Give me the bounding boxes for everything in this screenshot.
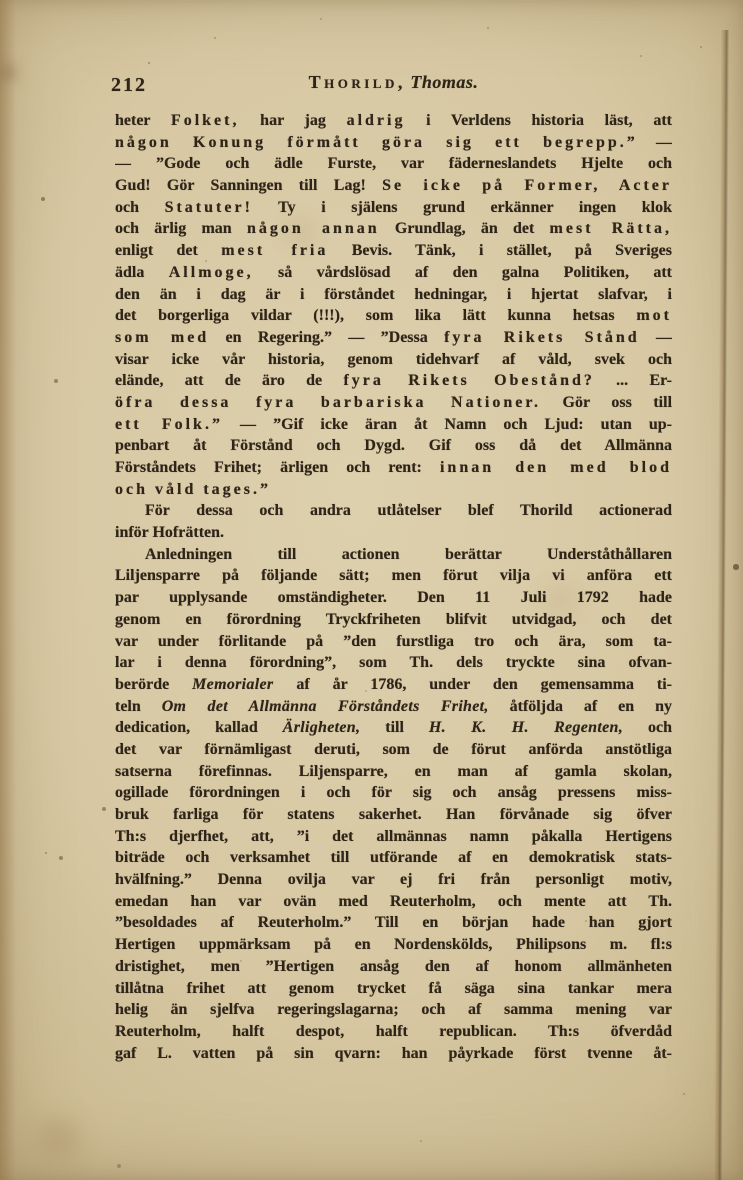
text-line: ogillade förordningen i och för sig och … — [115, 782, 672, 804]
text-line: den än i dag är i förståndet hedningar, … — [115, 284, 672, 306]
text-segment: Th:s djerfhet, att, ”i det allmännas nam… — [115, 828, 672, 845]
text-line: som med en Regering.” — ”Dessa fyra Rike… — [115, 327, 672, 349]
text-segment: — — [640, 329, 672, 346]
text-line: gaf L. vatten på sin qvarn: han påyrkade… — [115, 1043, 672, 1065]
text-segment: heter — [115, 112, 171, 129]
letterspaced-emphasis-text: någon Konung förmått göra sig ett begrep… — [115, 134, 638, 151]
text-segment: Bevis. Tänk, i stället, på Sveriges — [328, 242, 672, 259]
text-line: Th:s djerfhet, att, ”i det allmännas nam… — [115, 826, 672, 848]
text-line: ädla Allmoge, så vårdslösad af den galna… — [115, 262, 672, 284]
text-line: För dessa och andra utlåtelser blef Thor… — [115, 500, 672, 522]
text-segment: Grundlag, än det — [380, 220, 550, 237]
letterspaced-emphasis-text: och våld tages.” — [115, 481, 271, 498]
italic-text: Ärligheten, — [283, 719, 361, 736]
text-line: Hertigen uppmärksam på en Nordenskölds, … — [115, 934, 672, 956]
text-segment: Hertigen uppmärksam på en Nordenskölds, … — [115, 936, 672, 953]
text-segment: dristighet, men ”Hertigen ansåg den af h… — [115, 958, 672, 975]
text-segment: — ”Gode och ädle Furste, var fäderneslan… — [115, 155, 672, 172]
text-line: heter Folket, har jag aldrig i Verldens … — [115, 110, 672, 132]
text-segment: i Verldens historia läst, att — [405, 112, 672, 129]
letterspaced-emphasis-text: fyra Rikets Stånd — [444, 329, 640, 346]
text-segment: Förståndets Frihet; ärligen och rent: — [115, 459, 440, 476]
text-line: emedan han var ovän med Reuterholm, och … — [115, 891, 672, 913]
text-line: — ”Gode och ädle Furste, var fäderneslan… — [115, 153, 672, 175]
text-segment: lar i denna förordning”, som Th. dels tr… — [115, 654, 672, 671]
text-line: någon Konung förmått göra sig ett begrep… — [115, 132, 672, 154]
paper-speckles — [0, 0, 2, 2]
text-line: teln Om det Allmänna Förståndets Frihet,… — [115, 696, 672, 718]
text-segment: det var förnämligast deruti, som de föru… — [115, 741, 672, 758]
text-segment: hvälfning.” Denna ovilja var ej fri från… — [115, 871, 672, 888]
text-line: Liljensparre på följande sätt; men förut… — [115, 565, 672, 587]
text-line: inför Hofrätten. — [115, 522, 672, 544]
letterspaced-emphasis-text: Folket, — [171, 112, 240, 129]
text-segment: genom en förordning Tryckfriheten blifvi… — [115, 611, 672, 628]
text-line: dristighet, men ”Hertigen ansåg den af h… — [115, 956, 672, 978]
text-line: biträde och verksamhet till utförande af… — [115, 847, 672, 869]
text-segment: så vårdslösad af den galna Politiken, at… — [254, 264, 672, 281]
text-segment: Gör oss till — [541, 394, 672, 411]
text-segment: — — [638, 134, 672, 151]
text-line: genom en förordning Tryckfriheten blifvi… — [115, 609, 672, 631]
text-segment: tillåtna frihet att genom trycket få säg… — [115, 980, 672, 997]
text-line: Förståndets Frihet; ärligen och rent: in… — [115, 457, 672, 479]
text-segment: åtföljda af en ny — [489, 698, 672, 715]
text-line: och våld tages.” — [115, 479, 672, 501]
text-line: satserna förefinnas. Liljensparre, en ma… — [115, 761, 672, 783]
text-line: lar i denna förordning”, som Th. dels tr… — [115, 652, 672, 674]
text-segment: biträde och verksamhet till utförande af… — [115, 849, 672, 866]
text-line: helig än sjelfva regeringslagarna; och a… — [115, 999, 672, 1021]
italic-text: Memorialer — [192, 676, 273, 693]
text-line: tillåtna frihet att genom trycket få säg… — [115, 978, 672, 1000]
text-line: visar icke vår historia, genom tidehvarf… — [115, 349, 672, 371]
text-segment: Anledningen till actionen berättar Under… — [145, 546, 672, 563]
running-header-firstname: Thomas. — [410, 72, 478, 92]
text-segment: var under förlitande på ”den furstliga t… — [115, 633, 672, 650]
text-segment: ädla — [115, 264, 169, 281]
text-segment: teln — [115, 698, 162, 715]
text-segment: inför Hofrätten. — [115, 524, 224, 541]
text-segment: enligt det — [115, 242, 221, 259]
text-segment: ogillade förordningen i och för sig och … — [115, 784, 672, 801]
text-line: enligt det mest fria Bevis. Tänk, i stäl… — [115, 240, 672, 262]
text-segment: penbart åt Förstånd och Dygd. Gif oss då… — [115, 437, 672, 454]
running-header: Thorild, Thomas. — [115, 72, 672, 93]
text-line: dedication, kallad Ärligheten, till H. K… — [115, 717, 672, 739]
text-line: Gud! Gör Sanningen till Lag! Se icke på … — [115, 175, 672, 197]
page-number: 212 — [111, 74, 147, 97]
text-segment: gaf L. vatten på sin qvarn: han påyrkade… — [115, 1045, 672, 1062]
text-line: hvälfning.” Denna ovilja var ej fri från… — [115, 869, 672, 891]
running-header-surname: Thorild, — [309, 72, 406, 92]
text-segment: helig än sjelfva regeringslagarna; och a… — [115, 1001, 672, 1018]
text-segment: Ty i själens grund erkänner ingen klok — [253, 199, 672, 216]
text-segment: ... Er- — [595, 372, 672, 389]
text-segment: — ”Gif icke äran åt Namn och Ljud: utan … — [223, 416, 672, 433]
text-segment: emedan han var ovän med Reuterholm, och … — [115, 893, 672, 910]
text-line: öfra dessa fyra barbariska Nationer. Gör… — [115, 392, 672, 414]
text-segment: den än i dag är i förståndet hedningar, … — [115, 286, 672, 303]
text-segment: Gud! Gör Sanningen till Lag! — [115, 177, 382, 194]
text-segment: Reuterholm, halft despot, halft republic… — [115, 1023, 672, 1040]
text-segment: och — [623, 719, 672, 736]
text-segment: ”besoldades af Reuterholm.” Till en börj… — [115, 914, 672, 931]
text-segment: dedication, kallad — [115, 719, 283, 736]
text-segment: har jag — [239, 112, 346, 129]
text-line: och ärlig man någon annan Grundlag, än d… — [115, 218, 672, 240]
text-line: penbart åt Förstånd och Dygd. Gif oss då… — [115, 435, 672, 457]
letterspaced-emphasis-text: ett Folk.” — [115, 416, 223, 433]
text-segment: bruk farliga för statens sakerhet. Han f… — [115, 806, 672, 823]
text-line: ”besoldades af Reuterholm.” Till en börj… — [115, 912, 672, 934]
text-line: det var förnämligast deruti, som de föru… — [115, 739, 672, 761]
text-segment: par upplysande omständigheter. Den 11 Ju… — [115, 589, 672, 606]
text-segment: en Regering.” — ”Dessa — [209, 329, 444, 346]
book-page: 212 Thorild, Thomas. heter Folket, har j… — [0, 0, 743, 1180]
text-line: Anledningen till actionen berättar Under… — [115, 544, 672, 566]
text-line: ett Folk.” — ”Gif icke äran åt Namn och … — [115, 414, 672, 436]
text-segment: och ärlig man — [115, 220, 247, 237]
letterspaced-emphasis-text: Allmoge, — [169, 264, 254, 281]
text-segment: Liljensparre på följande sätt; men förut… — [115, 567, 672, 584]
letterspaced-emphasis-text: innan den med blod — [440, 459, 672, 476]
text-segment: satserna förefinnas. Liljensparre, en ma… — [115, 763, 672, 780]
page-header: 212 Thorild, Thomas. — [115, 72, 672, 93]
letterspaced-emphasis-text: mot — [636, 307, 672, 324]
letterspaced-emphasis-text: mest Rätta, — [550, 220, 672, 237]
text-line: var under förlitande på ”den furstliga t… — [115, 631, 672, 653]
text-segment: berörde — [115, 676, 192, 693]
text-segment: till — [360, 719, 429, 736]
text-line: bruk farliga för statens sakerhet. Han f… — [115, 804, 672, 826]
text-segment: och — [115, 199, 165, 216]
letterspaced-emphasis-text: Statuter! — [165, 199, 253, 216]
letterspaced-emphasis-text: någon annan — [247, 220, 380, 237]
text-line: Reuterholm, halft despot, halft republic… — [115, 1021, 672, 1043]
text-segment: det borgerliga vildar (!!!), som lika lä… — [115, 307, 636, 324]
body-text: heter Folket, har jag aldrig i Verldens … — [115, 110, 672, 1064]
letterspaced-emphasis-text: öfra dessa fyra barbariska Nationer. — [115, 394, 541, 411]
text-segment: af år 1786, under den gemensamma ti- — [273, 676, 672, 693]
letterspaced-emphasis-text: aldrig — [347, 112, 406, 129]
letterspaced-emphasis-text: mest fria — [221, 242, 328, 259]
text-line: par upplysande omständigheter. Den 11 Ju… — [115, 587, 672, 609]
text-segment: elände, att de äro de — [115, 372, 343, 389]
text-line: det borgerliga vildar (!!!), som lika lä… — [115, 305, 672, 327]
page-edge-crease — [714, 30, 731, 1180]
text-segment: visar icke vår historia, genom tidehvarf… — [115, 351, 672, 368]
text-line: berörde Memorialer af år 1786, under den… — [115, 674, 672, 696]
letterspaced-emphasis-text: Se icke på Former, Acter — [382, 177, 672, 194]
letterspaced-emphasis-text: fyra Rikets Obestånd? — [343, 372, 594, 389]
text-line: elände, att de äro de fyra Rikets Obestå… — [115, 370, 672, 392]
letterspaced-emphasis-text: som med — [115, 329, 209, 346]
text-line: och Statuter! Ty i själens grund erkänne… — [115, 197, 672, 219]
italic-text: Om det Allmänna Förståndets Frihet, — [162, 698, 489, 715]
italic-text: H. K. H. Regenten, — [429, 719, 623, 736]
text-segment: För dessa och andra utlåtelser blef Thor… — [145, 502, 672, 519]
